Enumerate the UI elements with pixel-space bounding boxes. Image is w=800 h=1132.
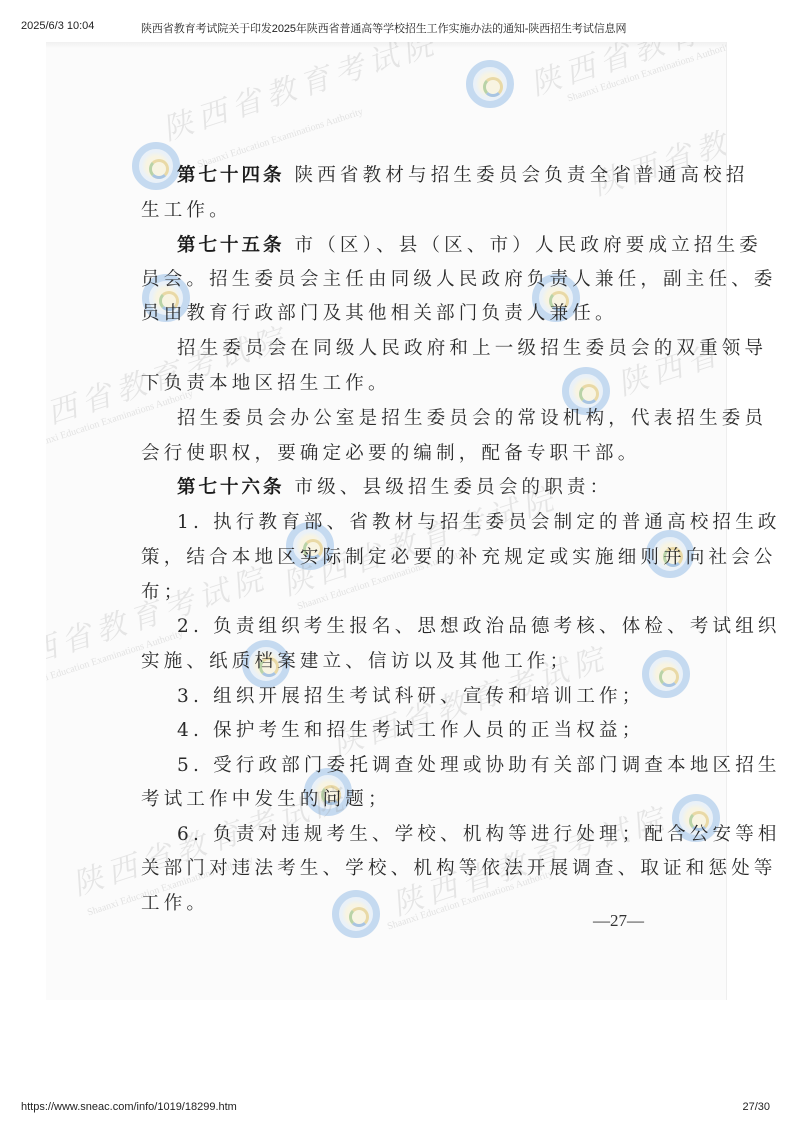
doc-line: 关部门对违法考生、学校、机构等依法开展调查、取证和惩处等 — [141, 857, 777, 881]
doc-line: 布； — [141, 581, 186, 605]
print-page-indicator: 27/30 — [742, 1101, 770, 1113]
doc-line: 3. 组织开展招生考试科研、宣传和培训工作； — [177, 685, 644, 709]
article-75-line-1: 第七十五条市（区）、县（区、市）人民政府要成立招生委 — [177, 234, 762, 258]
doc-line: 招生委员会办公室是招生委员会的常设机构，代表招生委员 — [177, 407, 767, 431]
article-74-line-1: 第七十四条陕西省教材与招生委员会负责全省普通高校招 — [177, 164, 749, 188]
doc-line: 6. 负责对违规考生、学校、机构等进行处理；配合公安等相 — [177, 823, 781, 847]
doc-line: 考试工作中发生的问题； — [141, 788, 391, 812]
doc-line: 员由教育行政部门及其他相关部门负责人兼任。 — [141, 302, 618, 326]
article-76-line-1: 第七十六条市级、县级招生委员会的职责： — [177, 476, 612, 500]
doc-line: 工作。 — [141, 892, 209, 916]
article-heading: 第七十五条 — [177, 235, 285, 256]
doc-line: 员会。招生委员会主任由同级人民政府负责人兼任，副主任、委 — [141, 268, 777, 292]
doc-line: 1. 执行教育部、省教材与招生委员会制定的普通高校招生政 — [177, 511, 781, 535]
doc-line: 实施、纸质档案建立、信访以及其他工作； — [141, 650, 572, 674]
doc-line: 生工作。 — [141, 199, 232, 223]
doc-line: 策，结合本地区实际制定必要的补充规定或实施细则并向社会公 — [141, 546, 777, 570]
doc-line: 4. 保护考生和招生考试工作人员的正当权益； — [177, 719, 644, 743]
print-footer: https://www.sneac.com/info/1019/18299.ht… — [0, 1101, 800, 1117]
document-page-number: —27— — [593, 911, 644, 931]
article-heading: 第七十四条 — [177, 165, 285, 186]
doc-line: 下负责本地区招生工作。 — [141, 372, 391, 396]
doc-line: 招生委员会在同级人民政府和上一级招生委员会的双重领导 — [177, 337, 767, 361]
article-heading: 第七十六条 — [177, 477, 285, 498]
doc-line: 2. 负责组织考生报名、思想政治品德考核、体检、考试组织 — [177, 615, 781, 639]
doc-line: 5. 受行政部门委托调查处理或协助有关部门调查本地区招生 — [177, 754, 781, 778]
doc-line: 会行使职权，要确定必要的编制，配备专职干部。 — [141, 442, 640, 466]
print-url: https://www.sneac.com/info/1019/18299.ht… — [21, 1101, 237, 1113]
document-body: 第七十四条陕西省教材与招生委员会负责全省普通高校招 生工作。 第七十五条市（区）… — [0, 0, 800, 1132]
